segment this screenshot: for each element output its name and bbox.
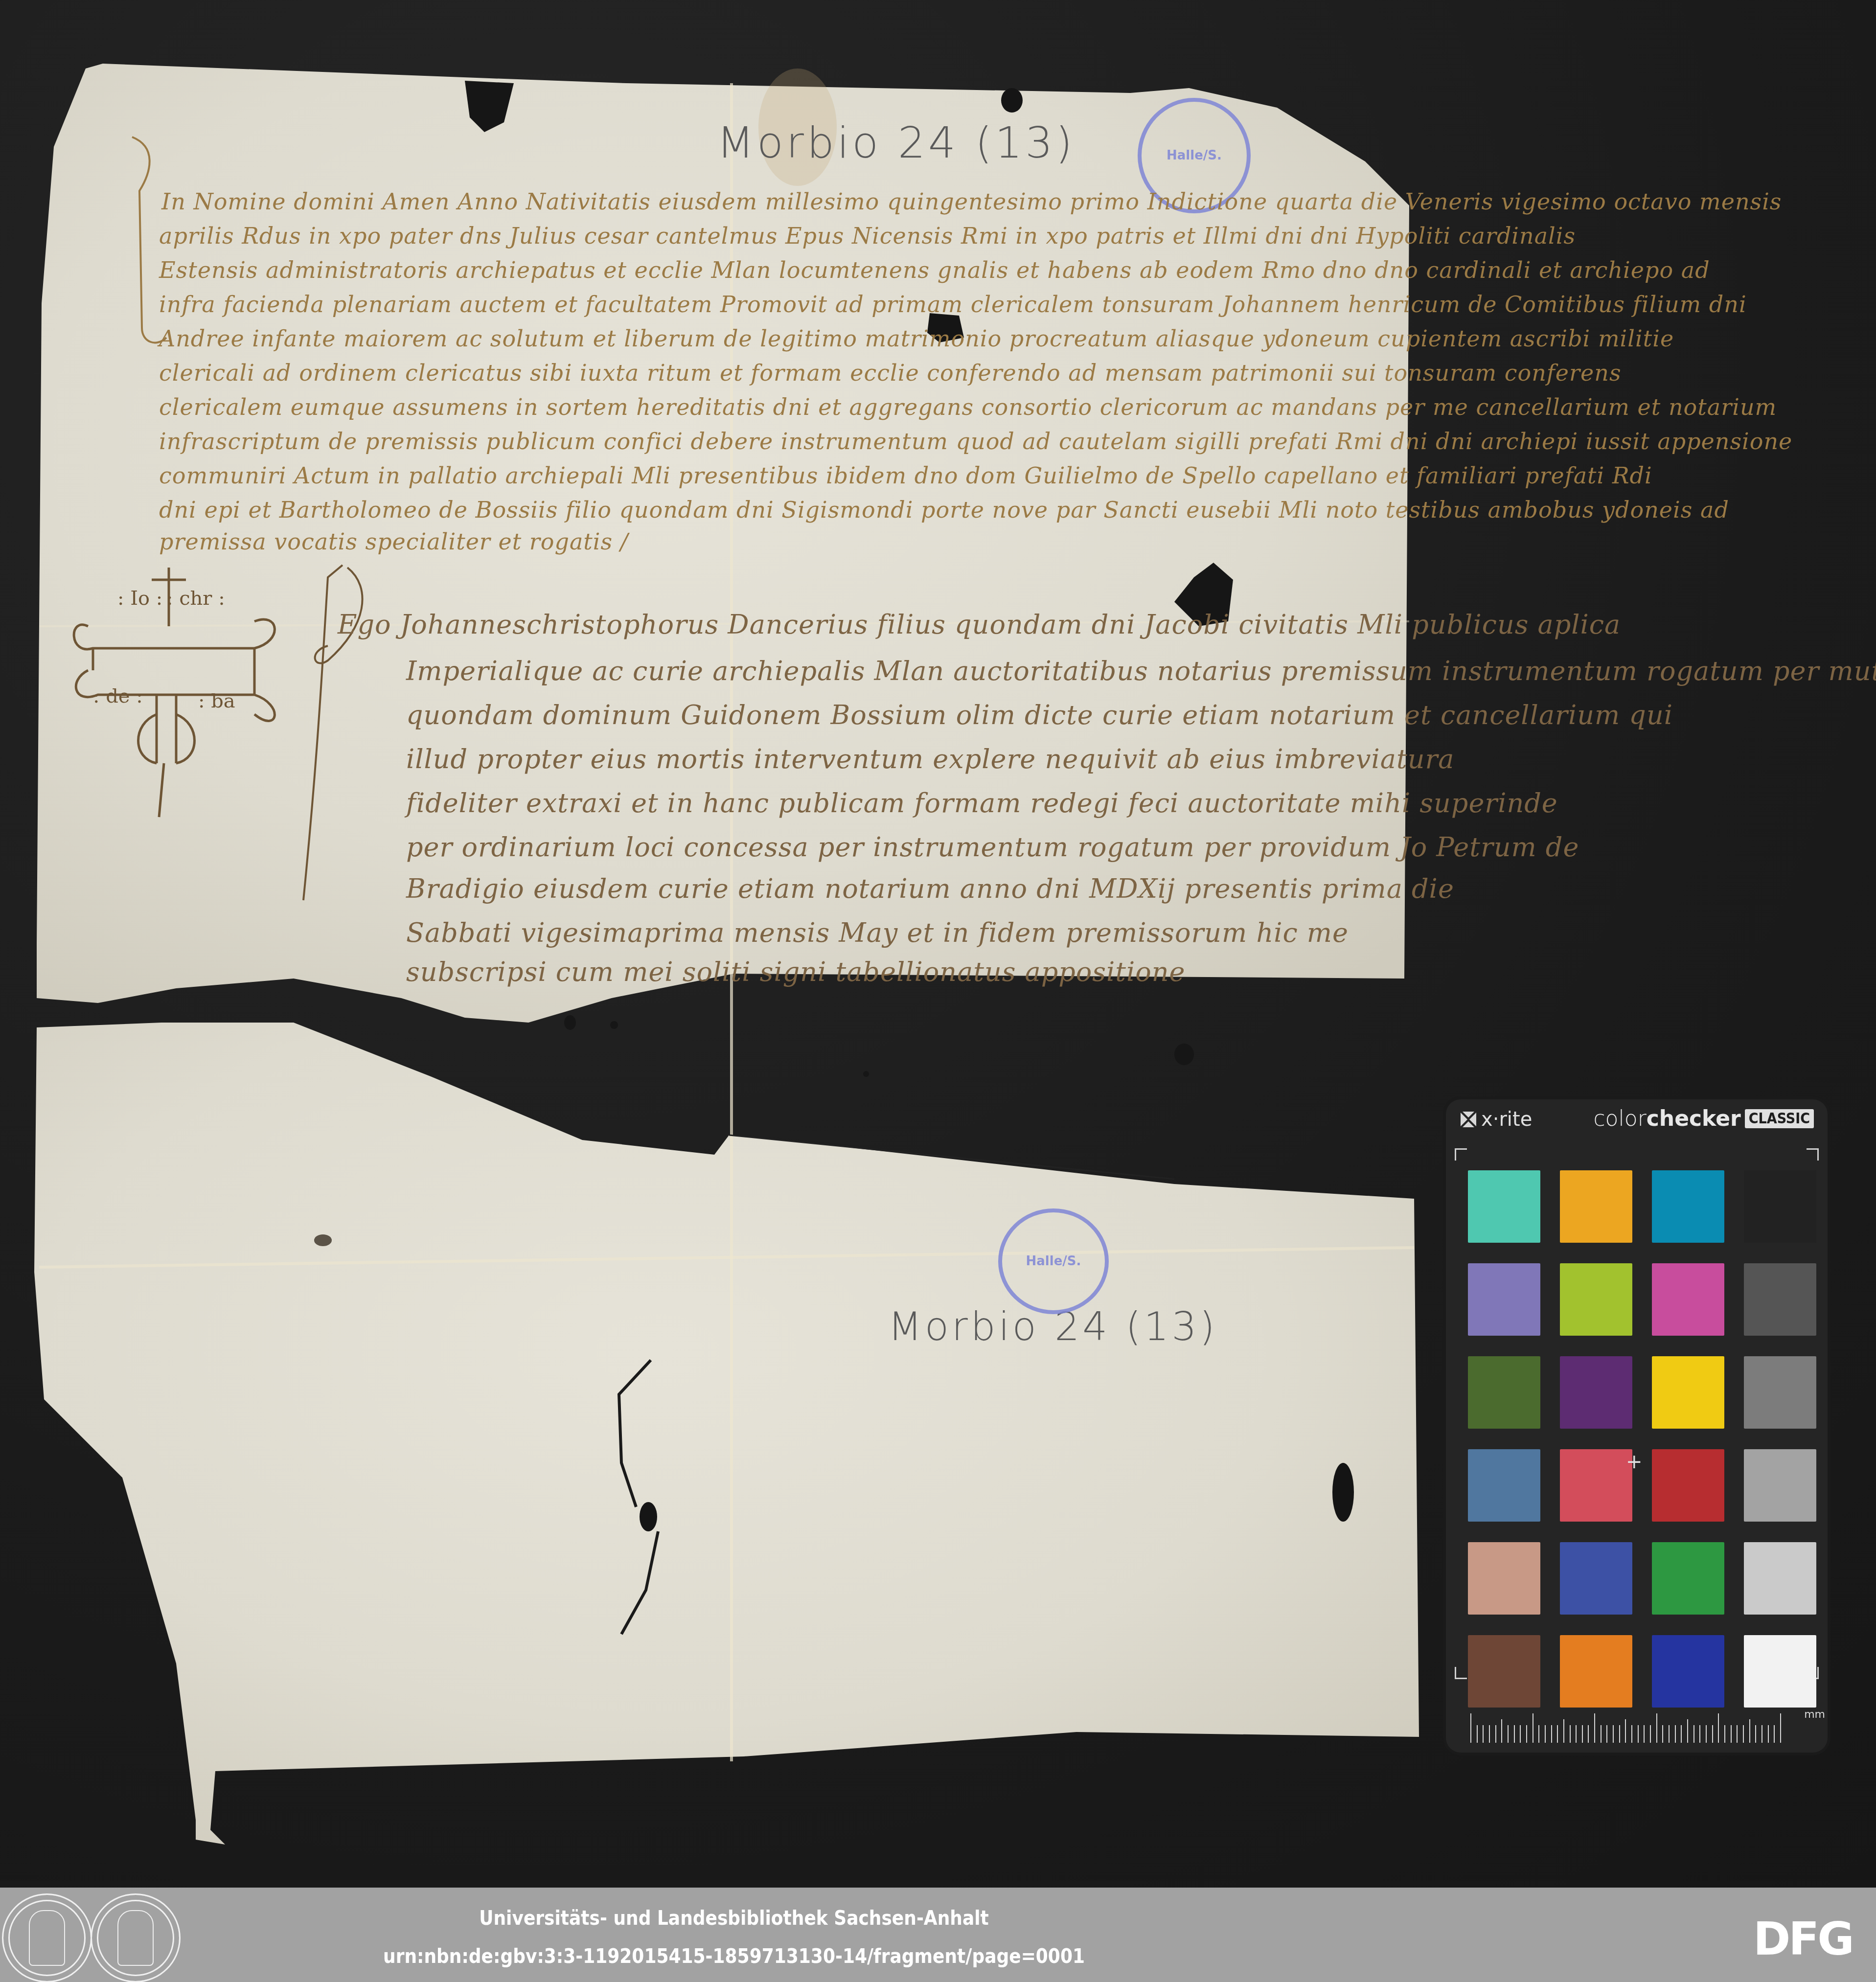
ruler-tick — [1526, 1725, 1527, 1743]
ruler-tick — [1780, 1713, 1781, 1743]
color-patch — [1560, 1170, 1632, 1243]
text-line: clericali ad ordinem clericatus sibi iux… — [159, 360, 1622, 386]
university-seal-halle-icon — [2, 1893, 92, 1982]
signum-label: : ba — [198, 690, 235, 712]
color-patch — [1468, 1635, 1540, 1708]
ruler-tick — [1570, 1725, 1571, 1743]
ruler-unit: mm — [1804, 1709, 1825, 1721]
ruler-tick — [1606, 1725, 1607, 1743]
signum-label: : Io : — [117, 587, 162, 610]
crop-mark-icon — [1455, 1667, 1467, 1679]
text-line: Imperialique ac curie archiepalis Mlan a… — [406, 656, 1876, 686]
color-patch — [1560, 1449, 1632, 1522]
title-bold: checker — [1647, 1106, 1741, 1131]
dfg-logo: DFG — [1753, 1917, 1853, 1962]
xrite-brand: x·rite — [1460, 1108, 1532, 1131]
ruler-tick — [1495, 1725, 1496, 1743]
ruler-tick — [1656, 1713, 1657, 1743]
text-line: illud propter eius mortis interventum ex… — [406, 744, 1455, 775]
ruler-tick — [1563, 1719, 1564, 1743]
text-line: aprilis Rdus in xpo pater dns Julius ces… — [159, 223, 1576, 249]
library-stamp-bottom: Halle/S. — [998, 1208, 1109, 1314]
ruler-tick — [1731, 1725, 1732, 1743]
text-line: clericalem eumque assumens in sortem her… — [159, 394, 1777, 420]
ruler-tick — [1693, 1725, 1694, 1743]
ruler-tick — [1520, 1725, 1521, 1743]
text-line: infra facienda plenariam auctem et facul… — [159, 291, 1747, 318]
ruler-tick — [1619, 1725, 1620, 1743]
color-patch — [1652, 1542, 1724, 1615]
ruler-tick — [1724, 1725, 1725, 1743]
ruler-tick — [1483, 1725, 1484, 1743]
stamp-center-text: Halle/S. — [1026, 1254, 1081, 1269]
colorchecker-title: colorchecker CLASSIC — [1593, 1106, 1814, 1131]
title-light: color — [1593, 1106, 1646, 1131]
ruler-tick — [1631, 1725, 1632, 1743]
ruler-tick — [1669, 1725, 1670, 1743]
ruler-tick — [1557, 1725, 1558, 1743]
color-patch — [1744, 1170, 1816, 1243]
text-line: infrascriptum de premissis publicum conf… — [159, 428, 1792, 455]
ruler-tick — [1625, 1719, 1626, 1743]
ruler-tick — [1755, 1725, 1756, 1743]
ruler-tick — [1706, 1725, 1707, 1743]
text-line: communiri Actum in pallatio archiepali M… — [159, 462, 1652, 489]
color-patch — [1560, 1542, 1632, 1615]
color-patch — [1744, 1449, 1816, 1522]
color-patch — [1652, 1263, 1724, 1336]
text-line: premissa vocatis specialiter et rogatis … — [159, 528, 628, 555]
text-line: quondam dominum Guidonem Bossium olim di… — [406, 700, 1673, 730]
text-line: per ordinarium loci concessa per instrum… — [406, 832, 1579, 863]
ruler-tick — [1650, 1725, 1651, 1743]
ruler-tick — [1638, 1725, 1639, 1743]
text-line: dni epi et Bartholomeo de Bossiis filio … — [159, 497, 1729, 523]
crosshair-icon: + — [1626, 1451, 1643, 1473]
color-patch — [1468, 1170, 1540, 1243]
text-line: Bradigio eiusdem curie etiam notarium an… — [406, 873, 1454, 904]
ruler-tick — [1681, 1725, 1682, 1743]
ruler-tick — [1588, 1725, 1589, 1743]
color-patch — [1744, 1635, 1816, 1708]
ruler-tick — [1699, 1725, 1700, 1743]
mm-ruler: mm — [1470, 1709, 1781, 1743]
color-patch — [1652, 1635, 1724, 1708]
color-patch — [1468, 1542, 1540, 1615]
text-line: Estensis administratoris archiepatus et … — [159, 257, 1710, 283]
ruler-tick — [1533, 1713, 1533, 1743]
ruler-tick — [1538, 1725, 1539, 1743]
classic-badge: CLASSIC — [1745, 1109, 1814, 1128]
signum-label: : de : — [93, 685, 143, 707]
ruler-tick — [1774, 1725, 1775, 1743]
ruler-tick — [1477, 1725, 1478, 1743]
stamp-center-text: Halle/S. — [1167, 148, 1222, 163]
ruler-tick — [1594, 1713, 1595, 1743]
color-patch — [1560, 1263, 1632, 1336]
ruler-tick — [1762, 1725, 1762, 1743]
color-patch — [1744, 1356, 1816, 1429]
institution-name: Universitäts- und Landesbibliothek Sachs… — [98, 1907, 1370, 1930]
crop-mark-icon — [1455, 1148, 1467, 1161]
text-line: Ego Johanneschristophorus Dancerius fili… — [338, 609, 1621, 640]
color-patch — [1468, 1449, 1540, 1522]
color-patch-grid — [1468, 1170, 1816, 1708]
ruler-tick — [1514, 1725, 1515, 1743]
ruler-tick — [1582, 1725, 1583, 1743]
ruler-tick — [1737, 1725, 1738, 1743]
ruler-tick — [1644, 1725, 1645, 1743]
initial-flourish-icon — [113, 132, 171, 357]
ruler-tick — [1768, 1725, 1769, 1743]
ruler-tick — [1551, 1725, 1552, 1743]
text-line: Sabbati vigesimaprima mensis May et in f… — [406, 917, 1349, 948]
ruler-tick — [1743, 1725, 1744, 1743]
ruler-tick — [1508, 1725, 1509, 1743]
text-line: subscripsi cum mei soliti signi tabellio… — [406, 957, 1186, 987]
color-patch — [1560, 1635, 1632, 1708]
ruler-tick — [1613, 1725, 1614, 1743]
text-line: fideliter extraxi et in hanc publicam fo… — [406, 788, 1558, 819]
ruler-tick — [1662, 1725, 1663, 1743]
ruler-tick — [1576, 1725, 1577, 1743]
color-patch — [1744, 1263, 1816, 1336]
signum-label: : chr : — [166, 587, 225, 610]
ruler-tick — [1470, 1713, 1471, 1743]
crop-mark-icon — [1807, 1148, 1819, 1161]
ruler-ticks — [1470, 1713, 1781, 1743]
text-line: Andree infante maiorem ac solutum et lib… — [159, 325, 1674, 352]
color-checker-card: x·rite colorchecker CLASSIC + mm — [1446, 1099, 1828, 1753]
ruler-tick — [1749, 1719, 1750, 1743]
ruler-tick — [1712, 1725, 1713, 1743]
color-patch — [1652, 1170, 1724, 1243]
text-line: In Nomine domini Amen Anno Nativitatis e… — [161, 188, 1782, 215]
color-patch — [1744, 1542, 1816, 1615]
brand-text: x·rite — [1481, 1108, 1532, 1131]
ruler-tick — [1675, 1725, 1676, 1743]
shelfmark-top: Morbio 24 (13) — [717, 117, 1075, 168]
ruler-tick — [1489, 1725, 1490, 1743]
color-patch — [1468, 1263, 1540, 1336]
ruler-tick — [1718, 1713, 1719, 1743]
urn-identifier[interactable]: urn:nbn:de:gbv:3:3-1192015415-1859713130… — [98, 1945, 1370, 1968]
color-patch — [1652, 1356, 1724, 1429]
ruler-tick — [1601, 1725, 1601, 1743]
ruler-tick — [1501, 1719, 1502, 1743]
library-footer: Universitäts- und Landesbibliothek Sachs… — [0, 1888, 1876, 1982]
xrite-logo-icon — [1460, 1111, 1477, 1128]
color-patch — [1468, 1356, 1540, 1429]
ruler-tick — [1545, 1725, 1546, 1743]
color-patch — [1560, 1356, 1632, 1429]
color-patch — [1652, 1449, 1724, 1522]
ruler-tick — [1687, 1719, 1688, 1743]
